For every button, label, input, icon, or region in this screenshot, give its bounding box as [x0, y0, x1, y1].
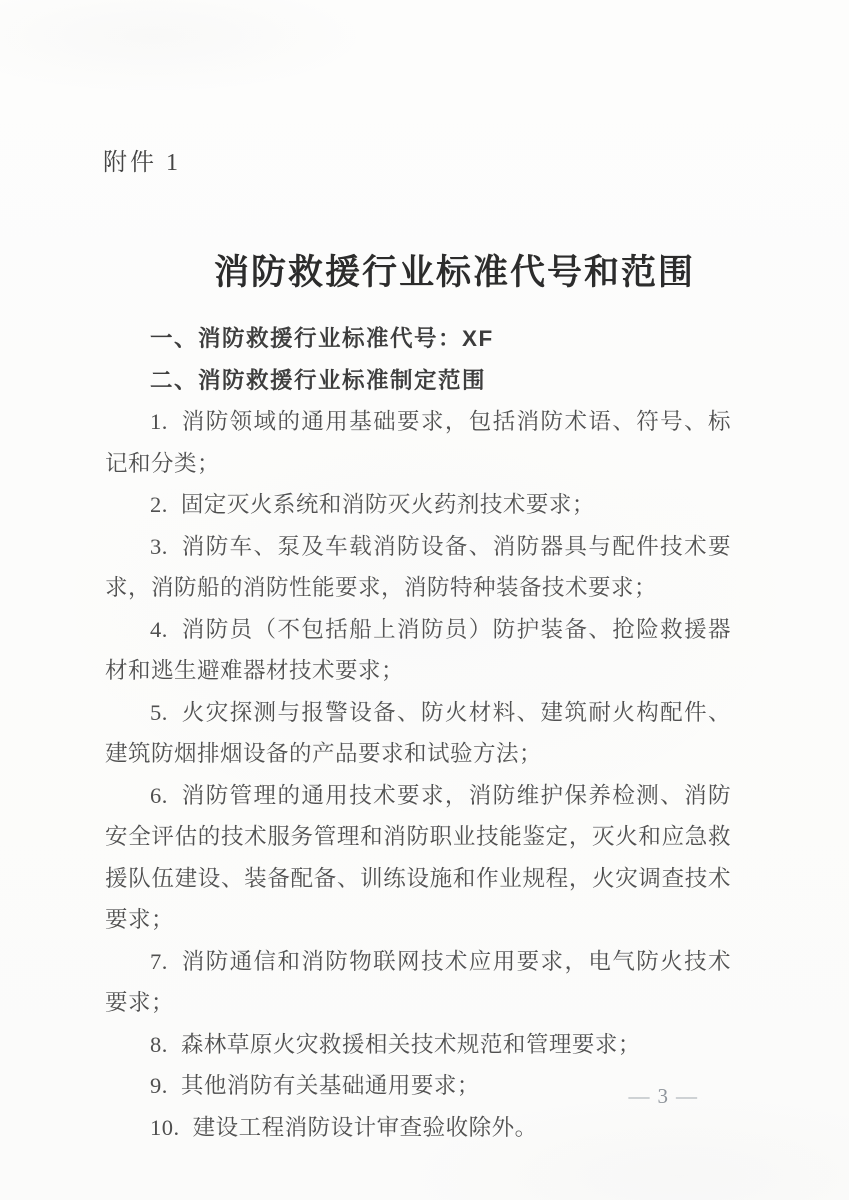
document-title: 消防救援行业标准代号和范围: [60, 245, 849, 295]
item-text: 固定灭火系统和消防灭火药剂技术要求；: [181, 492, 595, 517]
list-item: 1.消防领域的通用基础要求，包括消防术语、符号、标记和分类；: [105, 401, 731, 484]
item-text: 消防领域的通用基础要求，包括消防术语、符号、标记和分类；: [105, 409, 731, 476]
item-number: 1.: [150, 401, 168, 443]
item-number: 6.: [150, 775, 168, 817]
list-item: 5.火灾探测与报警设备、防火材料、建筑耐火构配件、建筑防烟排烟设备的产品要求和试…: [105, 692, 731, 775]
item-number: 3.: [150, 526, 168, 568]
document-body: 一、消防救援行业标准代号：XF 二、消防救援行业标准制定范围 1.消防领域的通用…: [105, 318, 731, 1148]
page-number-dash-right: —: [670, 1084, 705, 1108]
list-item: 2.固定灭火系统和消防灭火药剂技术要求；: [105, 484, 731, 526]
items-list: 1.消防领域的通用基础要求，包括消防术语、符号、标记和分类；2.固定灭火系统和消…: [105, 401, 731, 1148]
item-number: 10.: [150, 1107, 180, 1149]
section-heading-1: 一、消防救援行业标准代号：XF: [105, 318, 731, 360]
item-number: 2.: [150, 484, 168, 526]
document-page: 附件 1 消防救援行业标准代号和范围 一、消防救援行业标准代号：XF 二、消防救…: [0, 0, 849, 1200]
list-item: 8.森林草原火灾救援相关技术规范和管理要求；: [105, 1024, 731, 1066]
item-text: 消防通信和消防物联网技术应用要求，电气防火技术要求；: [105, 949, 731, 1016]
item-text: 建设工程消防设计审查验收除外。: [193, 1115, 538, 1140]
item-text: 消防管理的通用技术要求，消防维护保养检测、消防安全评估的技术服务管理和消防职业技…: [105, 783, 731, 933]
list-item: 3.消防车、泵及车载消防设备、消防器具与配件技术要求，消防船的消防性能要求，消防…: [105, 526, 731, 609]
list-item: 6.消防管理的通用技术要求，消防维护保养检测、消防安全评估的技术服务管理和消防职…: [105, 775, 731, 941]
attachment-label: 附件 1: [103, 142, 181, 177]
item-text: 火灾探测与报警设备、防火材料、建筑耐火构配件、建筑防烟排烟设备的产品要求和试验方…: [105, 700, 731, 767]
item-number: 5.: [150, 692, 168, 734]
page-number: —3—: [623, 1084, 706, 1109]
list-item: 7.消防通信和消防物联网技术应用要求，电气防火技术要求；: [105, 941, 731, 1024]
page-number-dash-left: —: [623, 1084, 658, 1108]
section-heading-2: 二、消防救援行业标准制定范围: [105, 360, 731, 402]
list-item: 10.建设工程消防设计审查验收除外。: [105, 1107, 731, 1149]
item-number: 8.: [150, 1024, 168, 1066]
list-item: 4.消防员（不包括船上消防员）防护装备、抢险救援器材和逃生避难器材技术要求；: [105, 609, 731, 692]
item-text: 消防员（不包括船上消防员）防护装备、抢险救援器材和逃生避难器材技术要求；: [105, 617, 731, 684]
item-number: 7.: [150, 941, 168, 983]
item-number: 4.: [150, 609, 168, 651]
item-text: 消防车、泵及车载消防设备、消防器具与配件技术要求，消防船的消防性能要求，消防特种…: [105, 534, 731, 601]
item-text: 森林草原火灾救援相关技术规范和管理要求；: [181, 1032, 641, 1057]
page-number-value: 3: [658, 1084, 671, 1108]
item-number: 9.: [150, 1065, 168, 1107]
item-text: 其他消防有关基础通用要求；: [181, 1073, 480, 1098]
